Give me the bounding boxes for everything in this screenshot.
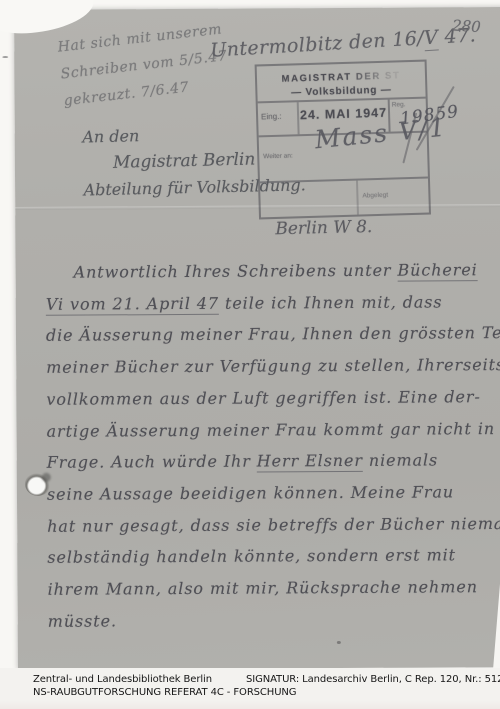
letter-body: Antwortlich Ihres Schreibens unter Büche… xyxy=(46,254,500,637)
body-line: artige Äusserung meiner Frau kommt gar n… xyxy=(46,413,500,448)
recipient-address: An den Magistrat Berlin Abteilung für Vo… xyxy=(82,122,306,199)
body-text: Antwortlich Ihres Schreibens unter xyxy=(74,261,398,282)
stamp-header-row: MAGISTRAT DER ST — Volksbildung — xyxy=(257,62,426,102)
body-text: meiner Bücher zur Verfügung zu stellen, … xyxy=(46,355,500,377)
underlined-text: Bücherei xyxy=(397,260,477,281)
body-line: Vi vom 21. April 47 teile ich Ihnen mit,… xyxy=(46,286,500,321)
dateline-roman-month: V xyxy=(423,26,439,51)
body-text: die Äusserung meiner Frau, Ihnen den grö… xyxy=(46,323,500,345)
body-text: ihrem Mann, also mit mir, Rücksprache ne… xyxy=(47,577,477,599)
body-text: selbständig handeln könnte, sondern erst… xyxy=(47,546,456,567)
library-name: Zentral- und Landesbibliothek Berlin xyxy=(33,674,212,685)
letter-page: Hat sich mit unserem Schreiben vom 5/5.4… xyxy=(14,7,500,670)
digitization-footer: Zentral- und Landesbibliothek BerlinSIGN… xyxy=(0,668,500,709)
dateline-text: Untermolbitz den 16/ xyxy=(210,27,425,61)
underlined-text: Vi vom 21. April 47 xyxy=(46,293,219,315)
body-text: vollkommen aus der Luft gegriffen ist. E… xyxy=(46,387,480,409)
body-line: ihrem Mann, also mit mir, Rücksprache ne… xyxy=(47,571,500,606)
underlined-text: Herr Elsner xyxy=(257,451,363,473)
body-text: hat nur gesagt, dass sie betreffs der Bü… xyxy=(47,514,500,536)
stamp-org-line: MAGISTRAT DER ST xyxy=(281,70,400,84)
pencil-speck xyxy=(337,641,341,644)
body-line: seine Aussage beeidigen können. Meine Fr… xyxy=(47,476,500,511)
body-text: Frage. Auch würde Ihr xyxy=(47,452,257,472)
body-line: Frage. Auch würde Ihr Herr Elsner niemal… xyxy=(47,444,500,479)
dateline: Untermolbitz den 16/V 47. xyxy=(210,24,477,62)
body-line: selbständig handeln könnte, sondern erst… xyxy=(47,539,500,574)
city-line: Berlin W 8. xyxy=(275,217,372,239)
folio-number: 280 xyxy=(452,16,482,36)
body-line: hat nur gesagt, dass sie betreffs der Bü… xyxy=(47,508,500,543)
body-text: seine Aussage beeidigen können. Meine Fr… xyxy=(47,482,454,503)
body-line: vollkommen aus der Luft gegriffen ist. E… xyxy=(46,381,500,416)
body-line: die Äusserung meiner Frau, Ihnen den grö… xyxy=(46,317,500,352)
archival-pencil-note: Hat sich mit unserem Schreiben vom 5/5.4… xyxy=(56,16,231,115)
footer-line-1: Zentral- und Landesbibliothek BerlinSIGN… xyxy=(33,674,500,685)
stamp-filed-label: Abgelegt xyxy=(358,179,429,215)
body-line: Antwortlich Ihres Schreibens unter Büche… xyxy=(46,254,500,289)
body-text: müsste. xyxy=(48,611,117,630)
recipient-line: Magistrat Berlin xyxy=(113,148,306,173)
body-text: niemals xyxy=(363,451,438,470)
edge-mark xyxy=(2,56,8,58)
body-text: artige Äusserung meiner Frau kommt gar n… xyxy=(47,419,496,441)
footer-line-2: NS-RAUBGUTFORSCHUNG REFERAT 4C - FORSCHU… xyxy=(33,687,296,698)
body-line: meiner Bücher zur Verfügung zu stellen, … xyxy=(46,349,500,384)
archive-signature: SIGNATUR: Landesarchiv Berlin, C Rep. 12… xyxy=(246,674,500,685)
body-text: teile ich Ihnen mit, dass xyxy=(219,292,443,312)
body-line: müsste. xyxy=(48,603,500,638)
recipient-line: An den xyxy=(82,122,305,146)
